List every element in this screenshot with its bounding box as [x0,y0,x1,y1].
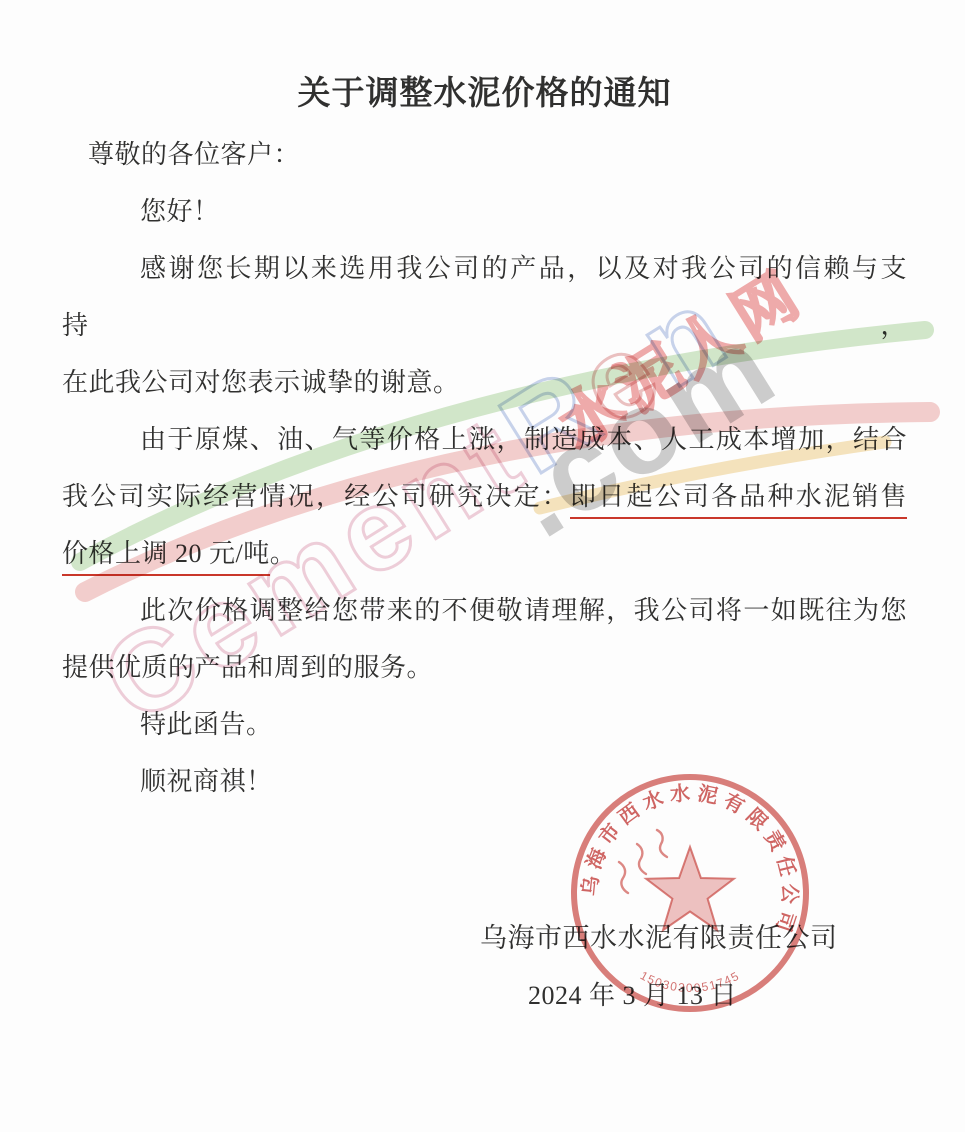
text-segment: 顺祝商祺！ [140,767,273,796]
document-line-p2-l1: 由于原煤、油、气等价格上涨，制造成本、人工成本增加，结合 [62,411,907,468]
document-line-salutation: 尊敬的各位客户： [62,126,907,183]
text-segment: 此次价格调整给您带来的不便敬请理解，我公司将一如既往为您 [140,596,907,625]
document-line-p1-l1: 感谢您长期以来选用我公司的产品，以及对我公司的信赖与支持， [62,240,907,354]
document-line-p2-l2: 我公司实际经营情况，经公司研究决定：即日起公司各品种水泥销售 [62,468,907,525]
text-segment: 您好！ [140,197,220,226]
notice-document-page: CementRen .com 水泥人网 关于调整水泥价格的通知 尊敬的各位客户：… [0,0,965,1132]
text-segment: 在此我公司对您表示诚挚的谢意。 [62,368,460,397]
document-body: 关于调整水泥价格的通知 尊敬的各位客户：您好！感谢您长期以来选用我公司的产品，以… [0,0,965,1024]
text-segment: 感谢您长期以来选用我公司的产品，以及对我公司的信赖与支持， [62,254,907,340]
document-line-well-wishes: 顺祝商祺！ [62,753,907,810]
text-segment: 我公司实际经营情况，经公司研究决定： [62,482,570,511]
document-line-p3-l2: 提供优质的产品和周到的服务。 [62,639,907,696]
document-line-p1-l2: 在此我公司对您表示诚挚的谢意。 [62,354,907,411]
document-line-greeting: 您好！ [62,183,907,240]
document-line-p2-l3: 价格上调 20 元/吨。 [62,525,907,582]
underlined-text: 即日起公司各品种水泥销售 [570,482,907,519]
document-title: 关于调整水泥价格的通知 [62,70,907,118]
document-line-p3-l1: 此次价格调整给您带来的不便敬请理解，我公司将一如既往为您 [62,582,907,639]
text-segment: 特此函告。 [140,710,273,739]
text-segment: 由于原煤、油、气等价格上涨，制造成本、人工成本增加，结合 [140,425,907,454]
underlined-text: 价格上调 20 元/吨 [62,539,270,576]
signature-company: 乌海市西水水泥有限责任公司 [480,910,907,967]
signature-date: 2024 年 3 月 13 日 [528,967,907,1024]
text-segment: 尊敬的各位客户： [88,140,300,169]
text-segment: 。 [270,539,297,568]
document-line-closing: 特此函告。 [62,696,907,753]
text-segment: 提供优质的产品和周到的服务。 [62,653,433,682]
document-lines: 尊敬的各位客户：您好！感谢您长期以来选用我公司的产品，以及对我公司的信赖与支持，… [62,126,907,810]
